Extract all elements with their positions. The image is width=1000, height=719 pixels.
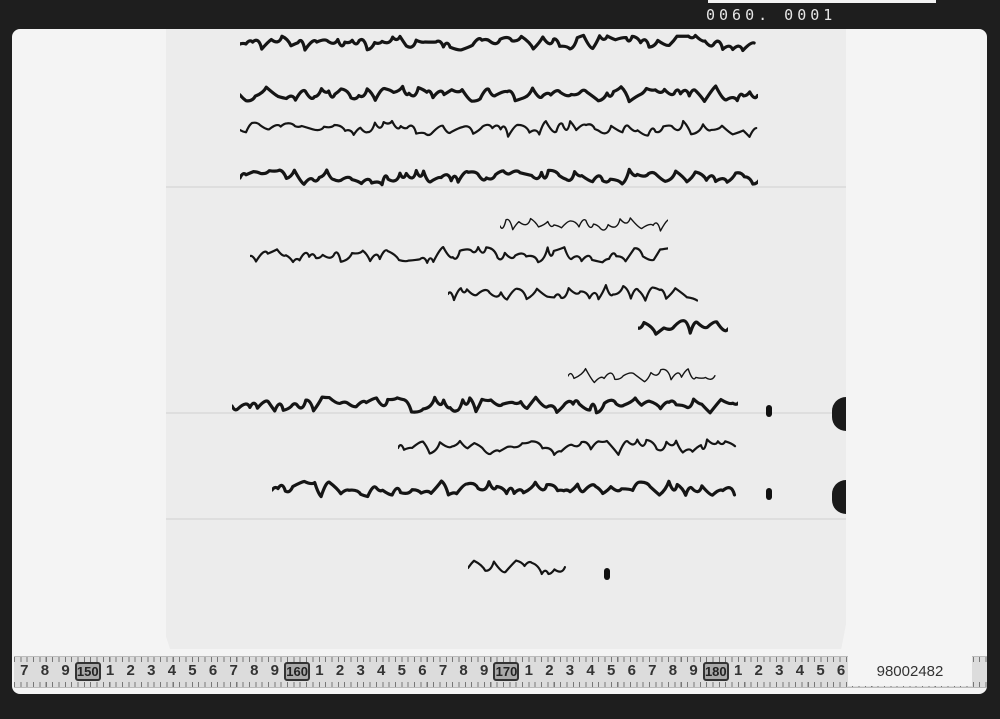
script-line — [232, 394, 738, 416]
ruler-number: 160 — [284, 662, 310, 681]
ruler-number: 2 — [330, 662, 351, 681]
ruler-number: 9 — [683, 662, 704, 681]
measurement-ruler: 7891501234567891601234567891701234567891… — [14, 656, 987, 688]
bullet-mark — [766, 488, 772, 500]
script-line — [240, 166, 758, 188]
ruler-number: 3 — [769, 662, 790, 681]
script-line — [240, 118, 758, 140]
document-id-label: 98002482 — [848, 656, 972, 686]
ruler-number: 8 — [244, 662, 265, 681]
bullet-mark — [604, 568, 610, 580]
script-line — [250, 244, 668, 266]
script-line — [638, 316, 728, 338]
script-line — [448, 282, 698, 304]
ruler-number: 4 — [580, 662, 601, 681]
ruler-number: 2 — [539, 662, 560, 681]
ruler-number: 1 — [100, 662, 121, 681]
ruler-number: 180 — [703, 662, 729, 681]
ruler-number: 6 — [621, 662, 642, 681]
script-line — [568, 364, 718, 386]
script-line — [500, 214, 668, 236]
ruler-number: 7 — [223, 662, 244, 681]
page-fold — [166, 518, 846, 520]
frame-number: 0060. 0001 — [706, 6, 836, 24]
ruler-number: 1 — [518, 662, 539, 681]
ruler-number: 6 — [412, 662, 433, 681]
frame-strip — [708, 0, 936, 3]
ruler-number: 8 — [663, 662, 684, 681]
ruler-number: 9 — [55, 662, 76, 681]
ruler-number: 3 — [350, 662, 371, 681]
ruler-number: 1 — [309, 662, 330, 681]
script-line — [272, 478, 738, 500]
ruler-number: 4 — [162, 662, 183, 681]
ruler-number: 5 — [392, 662, 413, 681]
ruler-number: 8 — [35, 662, 56, 681]
ruler-number: 5 — [182, 662, 203, 681]
ruler-number: 7 — [14, 662, 35, 681]
ruler-number: 4 — [790, 662, 811, 681]
ruler-number: 6 — [203, 662, 224, 681]
ruler-number: 5 — [810, 662, 831, 681]
ruler-number: 9 — [265, 662, 286, 681]
script-line — [398, 436, 738, 458]
script-line — [240, 32, 758, 54]
bullet-mark — [766, 405, 772, 417]
ruler-number: 2 — [120, 662, 141, 681]
ruler-ticks-bottom — [14, 682, 987, 687]
ruler-number: 1 — [728, 662, 749, 681]
ruler-number: 8 — [453, 662, 474, 681]
ruler-number: 3 — [560, 662, 581, 681]
ruler-number: 7 — [433, 662, 454, 681]
ruler-number: 170 — [493, 662, 519, 681]
ruler-number: 4 — [371, 662, 392, 681]
ruler-number: 150 — [75, 662, 101, 681]
ruler-number: 2 — [748, 662, 769, 681]
ruler-number: 7 — [642, 662, 663, 681]
ruler-numbers: 7891501234567891601234567891701234567891… — [14, 662, 872, 681]
script-line — [240, 83, 758, 105]
ruler-number: 5 — [601, 662, 622, 681]
ruler-number: 9 — [474, 662, 495, 681]
ruler-number: 3 — [141, 662, 162, 681]
script-line — [468, 556, 568, 578]
